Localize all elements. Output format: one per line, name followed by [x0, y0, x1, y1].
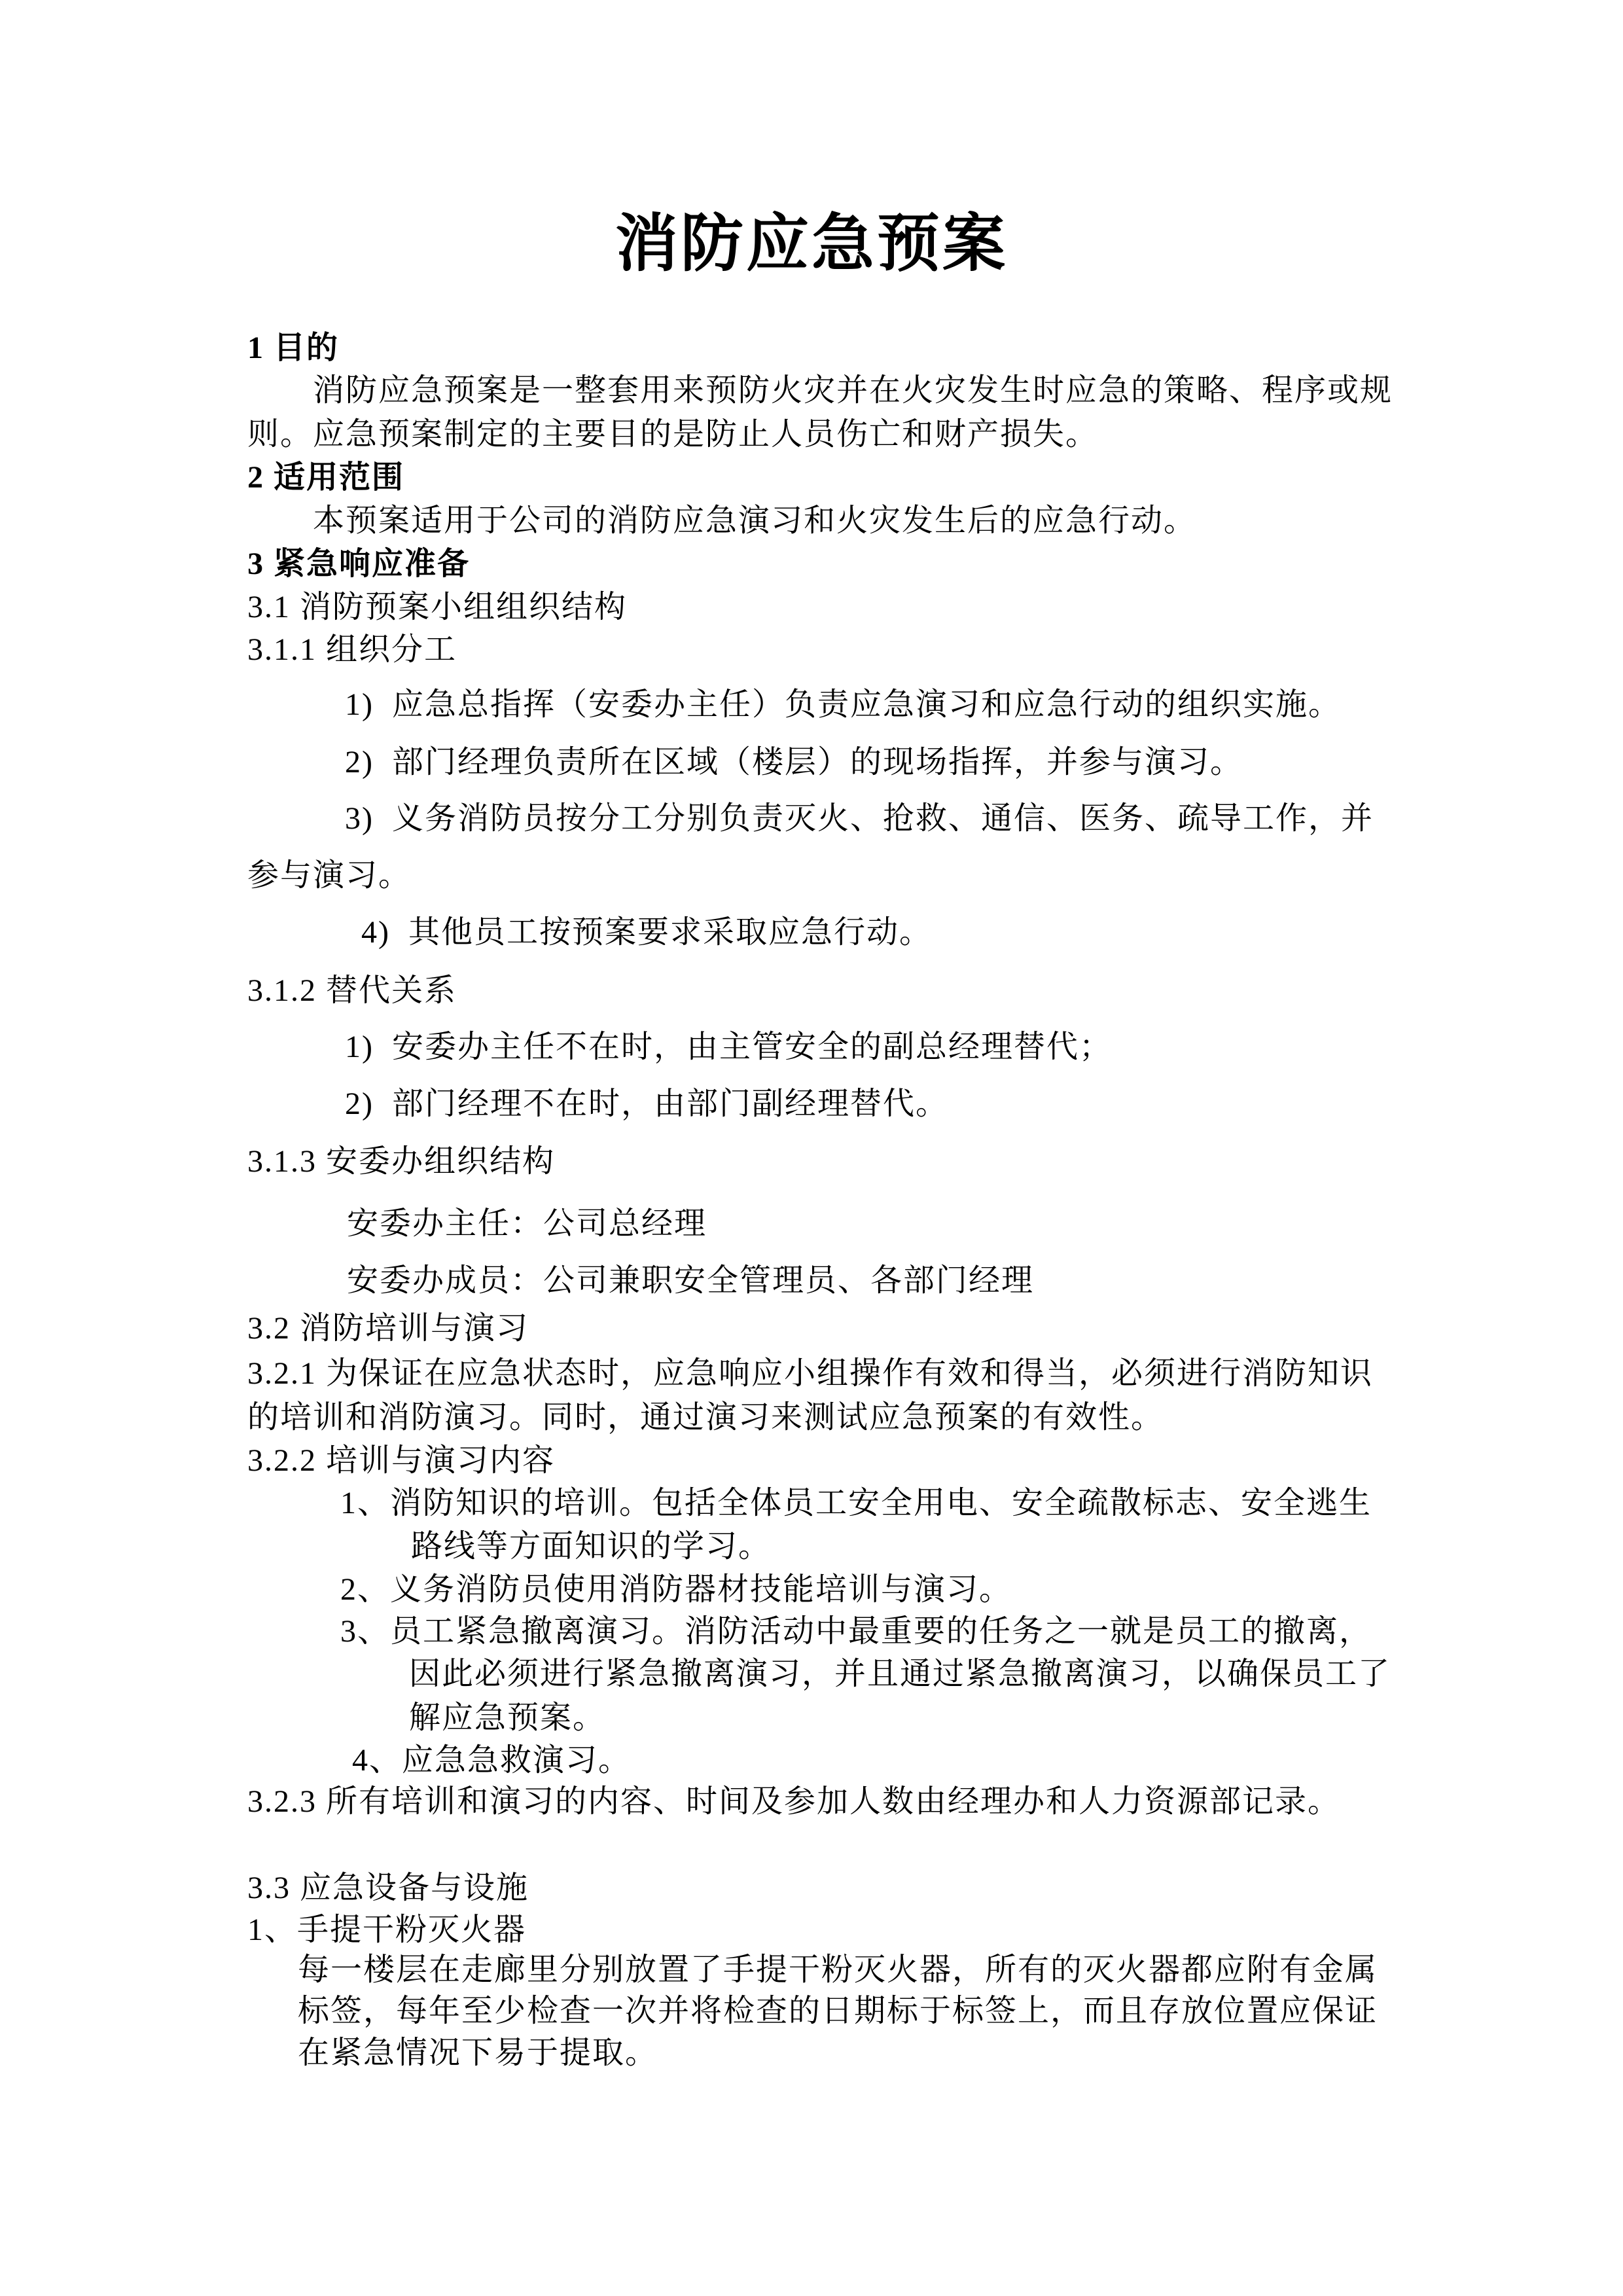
list-item: 1、手提干粉灭火器: [247, 1912, 526, 1948]
list-item: 1) 应急总指挥（安委办主任）负责应急演习和应急行动的组织实施。: [345, 687, 1341, 723]
text-line: 每一楼层在走廊里分别放置了手提干粉灭火器，所有的灭火器都应附有金属: [298, 1952, 1378, 1988]
document-page: 消防应急预案 1 目的 消防应急预案是一整套用来预防火灾并在火灾发生时应急的策略…: [0, 0, 1623, 2296]
list-item: 2、义务消防员使用消防器材技能培训与演习。: [340, 1572, 1012, 1607]
text-line: 在紧急情况下易于提取。: [298, 2036, 658, 2071]
sub-heading: 3.2 消防培训与演习: [247, 1311, 529, 1346]
section-heading: 2 适用范围: [247, 460, 404, 495]
list-item: 2) 部门经理不在时，由部门副经理替代。: [345, 1086, 948, 1122]
list-item: 3) 义务消防员按分工分别负责灭火、抢救、通信、医务、疏导工作，并: [345, 801, 1374, 836]
list-item: 2) 部门经理负责所在区域（楼层）的现场指挥，并参与演习。: [345, 745, 1243, 780]
text-line: 标签，每年至少检查一次并将检查的日期标于标签上，而且存放位置应保证: [298, 1994, 1378, 2029]
sub-heading: 3.1 消防预案小组组织结构: [247, 590, 627, 625]
text-line: 安委办成员：公司兼职安全管理员、各部门经理: [347, 1263, 1034, 1299]
sub-heading: 3.2.3 所有培训和演习的内容、时间及参加人数由经理办和人力资源部记录。: [247, 1784, 1340, 1820]
text-line: 则。应急预案制定的主要目的是防止人员伤亡和财产损失。: [247, 417, 1098, 452]
section-heading: 3 紧急响应准备: [247, 547, 470, 582]
text-line: 安委办主任：公司总经理: [347, 1206, 707, 1242]
text-line: 消防应急预案是一整套用来预防火灾并在火灾发生时应急的策略、程序或规: [313, 373, 1393, 408]
sub-heading: 3.1.2 替代关系: [247, 973, 457, 1009]
text-line: 因此必须进行紧急撤离演习，并且通过紧急撤离演习，以确保员工了: [409, 1657, 1391, 1692]
text-line: 本预案适用于公司的消防应急演习和火灾发生后的应急行动。: [313, 503, 1196, 539]
text-line: 解应急预案。: [409, 1700, 605, 1736]
text-line: 3.2.1 为保证在应急状态时，应急响应小组操作有效和得当，必须进行消防知识: [247, 1356, 1373, 1391]
list-item: 3、员工紧急撤离演习。消防活动中最重要的任务之一就是员工的撤离，: [340, 1614, 1372, 1649]
text-line: 的培训和消防演习。同时，通过演习来测试应急预案的有效性。: [247, 1400, 1164, 1435]
list-item: 4、应急急救演习。: [352, 1743, 631, 1778]
list-item: 1、消防知识的培训。包括全体员工安全用电、安全疏散标志、安全逃生: [340, 1486, 1372, 1521]
list-item: 1) 安委办主任不在时，由主管安全的副总经理替代；: [345, 1030, 1112, 1065]
sub-heading: 3.2.2 培训与演习内容: [247, 1443, 555, 1479]
document-title: 消防应急预案: [0, 208, 1623, 280]
list-item: 4) 其他员工按预案要求采取应急行动。: [361, 915, 932, 950]
sub-heading: 3.3 应急设备与设施: [247, 1871, 529, 1906]
sub-heading: 3.1.3 安委办组织结构: [247, 1144, 555, 1179]
sub-heading: 3.1.1 组织分工: [247, 632, 457, 668]
section-heading: 1 目的: [247, 331, 339, 366]
text-line: 参与演习。: [247, 858, 411, 893]
text-line: 路线等方面知识的学习。: [411, 1529, 771, 1564]
